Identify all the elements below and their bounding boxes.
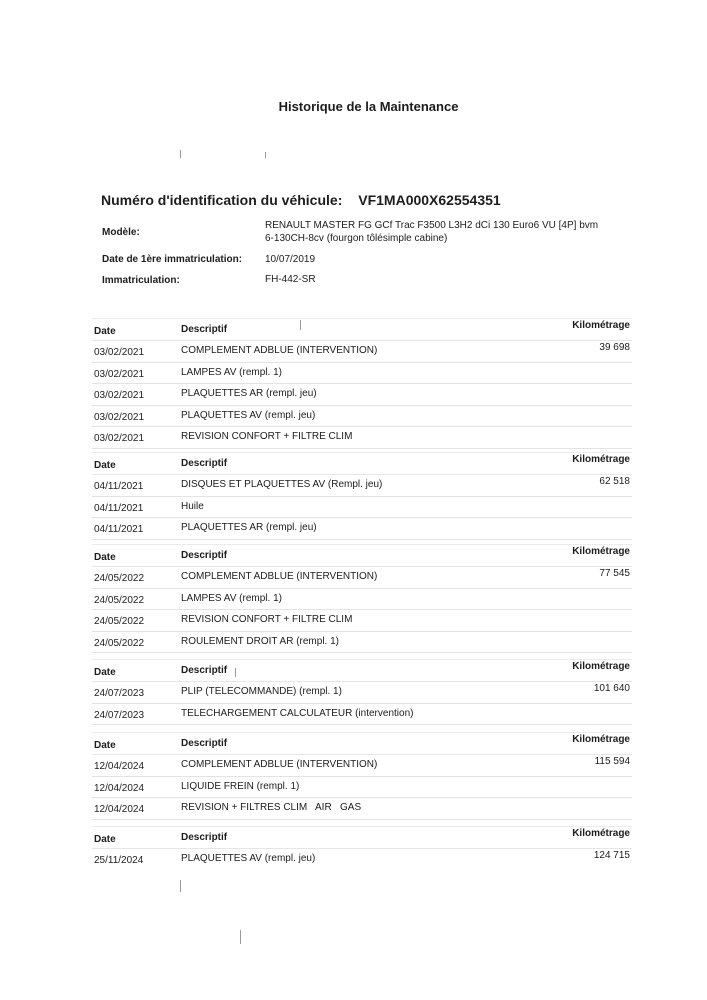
scan-noise <box>235 668 236 677</box>
row-date: 12/04/2024 <box>94 761 144 772</box>
scan-noise <box>180 880 181 892</box>
row-date: 24/05/2022 <box>94 616 144 627</box>
table-row: 03/02/2021 PLAQUETTES AR (rempl. jeu) <box>92 384 632 406</box>
row-desc: REVISION + FILTRES CLIM AIR GAS <box>181 802 361 813</box>
section-header: Date Descriptif Kilométrage <box>92 454 632 475</box>
info-label: Modèle: <box>102 227 140 238</box>
divider <box>92 659 632 660</box>
column-desc: Descriptif <box>181 665 227 676</box>
column-date: Date <box>94 834 116 845</box>
row-date: 12/04/2024 <box>94 804 144 815</box>
row-desc: COMPLEMENT ADBLUE (INTERVENTION) <box>181 345 377 356</box>
table-row: 24/07/2023 TELECHARGEMENT CALCULATEUR (i… <box>92 704 632 726</box>
info-value-line: 6-130CH-8cv (fourgon tôlésimple cabine) <box>265 232 598 245</box>
table-row: 24/07/2023 PLIP (TELECOMMANDE) (rempl. 1… <box>92 682 632 704</box>
column-km: Kilométrage <box>572 454 630 465</box>
section-header: Date Descriptif Kilométrage <box>92 546 632 567</box>
column-date: Date <box>94 667 116 678</box>
table-row: 12/04/2024 REVISION + FILTRES CLIM AIR G… <box>92 798 632 820</box>
info-value-line: RENAULT MASTER FG GCf Trac F3500 L3H2 dC… <box>265 219 598 232</box>
divider <box>92 544 632 545</box>
row-desc: REVISION CONFORT + FILTRE CLIM <box>181 431 352 442</box>
info-value: RENAULT MASTER FG GCf Trac F3500 L3H2 dC… <box>265 219 598 245</box>
column-desc: Descriptif <box>181 324 227 335</box>
row-date: 03/02/2021 <box>94 347 144 358</box>
row-desc: PLAQUETTES AV (rempl. jeu) <box>181 853 315 864</box>
column-desc: Descriptif <box>181 550 227 561</box>
row-date: 03/02/2021 <box>94 390 144 401</box>
table-row: 04/11/2021 PLAQUETTES AR (rempl. jeu) <box>92 518 632 540</box>
table-row: 24/05/2022 LAMPES AV (rempl. 1) <box>92 589 632 611</box>
divider <box>92 452 632 453</box>
row-date: 25/11/2024 <box>94 855 143 866</box>
row-km: 62 518 <box>599 476 630 487</box>
section-header: Date Descriptif Kilométrage <box>92 661 632 682</box>
row-desc: COMPLEMENT ADBLUE (INTERVENTION) <box>181 759 377 770</box>
scan-noise <box>300 320 301 330</box>
section-header: Date Descriptif Kilométrage <box>92 320 632 341</box>
row-desc: LIQUIDE FREIN (rempl. 1) <box>181 781 299 792</box>
row-desc: PLAQUETTES AV (rempl. jeu) <box>181 410 315 421</box>
table-row: 12/04/2024 LIQUIDE FREIN (rempl. 1) <box>92 777 632 799</box>
row-desc: REVISION CONFORT + FILTRE CLIM <box>181 614 352 625</box>
table-row: 24/05/2022 ROULEMENT DROIT AR (rempl. 1) <box>92 632 632 654</box>
divider <box>92 826 632 827</box>
maintenance-section: Date Descriptif Kilométrage 24/05/2022 C… <box>92 546 632 653</box>
row-date: 24/07/2023 <box>94 710 144 721</box>
table-row: 25/11/2024 PLAQUETTES AV (rempl. jeu) 12… <box>92 849 632 870</box>
maintenance-section: Date Descriptif Kilométrage 24/07/2023 P… <box>92 661 632 725</box>
row-desc: Huile <box>181 501 204 512</box>
row-date: 24/05/2022 <box>94 595 144 606</box>
row-km: 101 640 <box>594 683 630 694</box>
row-km: 77 545 <box>599 568 630 579</box>
column-date: Date <box>94 326 116 337</box>
column-km: Kilométrage <box>572 828 630 839</box>
table-row: 03/02/2021 COMPLEMENT ADBLUE (INTERVENTI… <box>92 341 632 363</box>
table-row: 03/02/2021 LAMPES AV (rempl. 1) <box>92 363 632 385</box>
scan-noise <box>265 152 266 158</box>
row-desc: DISQUES ET PLAQUETTES AV (Rempl. jeu) <box>181 479 382 490</box>
column-desc: Descriptif <box>181 458 227 469</box>
column-desc: Descriptif <box>181 738 227 749</box>
row-desc: PLAQUETTES AR (rempl. jeu) <box>181 388 317 399</box>
column-date: Date <box>94 552 116 563</box>
row-date: 04/11/2021 <box>94 524 143 535</box>
row-date: 04/11/2021 <box>94 503 143 514</box>
section-header: Date Descriptif Kilométrage <box>92 734 632 755</box>
row-date: 03/02/2021 <box>94 369 144 380</box>
row-km: 124 715 <box>594 850 630 861</box>
maintenance-section: Date Descriptif Kilométrage 03/02/2021 C… <box>92 320 632 449</box>
vin-row: Numéro d'identification du véhicule: VF1… <box>101 192 501 208</box>
divider <box>92 318 632 319</box>
table-row: 24/05/2022 REVISION CONFORT + FILTRE CLI… <box>92 610 632 632</box>
document-title: Historique de la Maintenance <box>0 99 707 114</box>
table-row: 24/05/2022 COMPLEMENT ADBLUE (INTERVENTI… <box>92 567 632 589</box>
row-date: 03/02/2021 <box>94 433 144 444</box>
info-label: Date de 1ère immatriculation: <box>102 254 242 265</box>
row-date: 03/02/2021 <box>94 412 144 423</box>
scan-noise <box>180 150 181 158</box>
info-label: Immatriculation: <box>102 275 180 286</box>
table-row: 04/11/2021 Huile <box>92 497 632 519</box>
row-desc: LAMPES AV (rempl. 1) <box>181 367 282 378</box>
vin-label: Numéro d'identification du véhicule: <box>101 192 342 208</box>
row-date: 24/07/2023 <box>94 688 144 699</box>
table-row: 04/11/2021 DISQUES ET PLAQUETTES AV (Rem… <box>92 475 632 497</box>
table-row: 03/02/2021 REVISION CONFORT + FILTRE CLI… <box>92 427 632 449</box>
row-km: 39 698 <box>599 342 630 353</box>
row-date: 24/05/2022 <box>94 638 144 649</box>
info-value: FH-442-SR <box>265 273 316 286</box>
row-desc: COMPLEMENT ADBLUE (INTERVENTION) <box>181 571 377 582</box>
maintenance-section: Date Descriptif Kilométrage 25/11/2024 P… <box>92 828 632 870</box>
section-header: Date Descriptif Kilométrage <box>92 828 632 849</box>
maintenance-section: Date Descriptif Kilométrage 12/04/2024 C… <box>92 734 632 820</box>
row-date: 04/11/2021 <box>94 481 143 492</box>
info-value: 10/07/2019 <box>265 253 315 266</box>
vin-value: VF1MA000X62554351 <box>358 192 500 208</box>
column-date: Date <box>94 740 116 751</box>
row-desc: PLIP (TELECOMMANDE) (rempl. 1) <box>181 686 342 697</box>
divider <box>92 732 632 733</box>
column-km: Kilométrage <box>572 734 630 745</box>
maintenance-section: Date Descriptif Kilométrage 04/11/2021 D… <box>92 454 632 540</box>
row-date: 24/05/2022 <box>94 573 144 584</box>
table-row: 03/02/2021 PLAQUETTES AV (rempl. jeu) <box>92 406 632 428</box>
column-date: Date <box>94 460 116 471</box>
row-km: 115 594 <box>595 756 630 767</box>
column-km: Kilométrage <box>572 661 630 672</box>
row-desc: TELECHARGEMENT CALCULATEUR (intervention… <box>181 708 413 719</box>
scan-noise <box>240 930 241 944</box>
row-desc: LAMPES AV (rempl. 1) <box>181 593 282 604</box>
row-desc: ROULEMENT DROIT AR (rempl. 1) <box>181 636 339 647</box>
column-km: Kilométrage <box>572 320 630 331</box>
column-desc: Descriptif <box>181 832 227 843</box>
column-km: Kilométrage <box>572 546 630 557</box>
row-desc: PLAQUETTES AR (rempl. jeu) <box>181 522 317 533</box>
table-row: 12/04/2024 COMPLEMENT ADBLUE (INTERVENTI… <box>92 755 632 777</box>
row-date: 12/04/2024 <box>94 783 144 794</box>
